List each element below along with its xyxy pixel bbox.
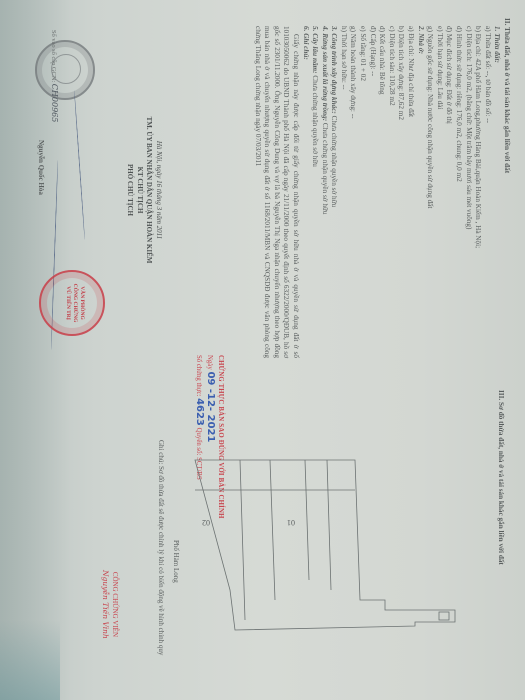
- notary-signature: CÔNG CHỨNG VIÊN Nguyễn Tiến Vinh: [100, 570, 120, 639]
- official-seal-icon: [35, 40, 95, 100]
- signer-name: Nguyễn Quốc Hòa: [37, 140, 45, 195]
- house-item: d) Kết cấu nhà: Bê tông: [377, 26, 387, 358]
- land-item: e) Thời hạn sử dụng: Lâu dài: [434, 26, 444, 358]
- parcel-label-01: 01: [287, 518, 295, 527]
- production-forest-label: 4. Rừng sản xuất là rừng trồng:: [321, 26, 329, 121]
- house-item: đ) Cấp (Hạng): --: [367, 26, 377, 358]
- house-item: g) Năm hoàn thành xây dựng: --: [348, 26, 358, 358]
- perennial-trees: 5. Cây lâu năm: Chưa chứng nhận quyền sở…: [310, 18, 320, 358]
- land-items: a) Thửa đất số: --, tờ bản đồ số: -- b) …: [425, 18, 492, 358]
- parcel-outline: [195, 460, 455, 630]
- production-forest: 4. Rừng sản xuất là rừng trồng: Chưa chứ…: [319, 18, 329, 358]
- other-construction: 3. Công trình xây dựng khác: Chưa chứng …: [329, 18, 339, 358]
- notary-name: Nguyễn Tiến Vinh: [100, 570, 110, 639]
- land-item: d) Hình thức sử dụng: riêng: 176,0 m2, c…: [453, 26, 463, 358]
- land-item: đ) Mục đích sử dụng: Đất ở đô thị: [444, 26, 454, 358]
- house-item: c) Diện tích sàn: 110,28 m2: [386, 26, 396, 358]
- parcel-label-02: 02: [202, 518, 210, 527]
- signature-stroke: [74, 90, 85, 240]
- registration-value: CH00965: [50, 84, 59, 123]
- house-item: h) Thời hạn sở hữu: --: [338, 26, 348, 358]
- section-iii-title: III. Sơ đồ thửa đất, nhà ở và tài sản kh…: [497, 390, 505, 565]
- land-parcel-diagram: 02 01: [155, 440, 485, 690]
- house-item: a) Địa chỉ: Như địa chỉ thửa đất: [405, 26, 415, 358]
- land-item: b) Địa chỉ: 42A phố Hàm Long,phường Hàng…: [473, 26, 483, 358]
- perennial-trees-value: Chưa chứng nhận quyền sở hữu: [311, 75, 319, 167]
- notary-seal-line: CÔNG CHỨNG: [71, 282, 78, 324]
- certificate-page: II. Thửa đất, nhà ở và tài sản khác gắn …: [0, 0, 525, 700]
- signature-block: Hà Nội, ngày 16 tháng 3 năm 2011 TM. ỦY …: [125, 40, 163, 340]
- house-heading: 2. Nhà ở:: [415, 18, 425, 358]
- production-forest-value: Chưa chứng nhận quyền sở hữu: [321, 123, 329, 215]
- certified-date-value: 09 -12- 2021: [205, 371, 216, 442]
- certified-book-value: 4623: [194, 398, 205, 426]
- notary-title: CÔNG CHỨNG VIÊN: [110, 570, 120, 639]
- other-construction-label: 3. Công trình xây dựng khác:: [330, 26, 338, 114]
- registration-number: Số vào sổ cấp GCN: CH00965: [50, 30, 59, 122]
- registration-label: Số vào sổ cấp GCN:: [50, 30, 57, 82]
- place-date: Hà Nội, ngày 16 tháng 3 năm 2011: [154, 40, 164, 340]
- land-item: a) Thửa đất số: --, tờ bản đồ số: --: [482, 26, 492, 358]
- signer-position: PHÓ CHỦ TỊCH: [125, 40, 135, 340]
- other-construction-value: Chưa chứng nhận quyền sở hữu: [330, 116, 338, 208]
- issuing-organization: TM. ỦY BAN NHÂN DÂN QUẬN HOÀN KIẾM: [144, 40, 154, 340]
- land-item: g) Nguồn gốc sử dụng: Nhà nước công nhận…: [425, 26, 435, 358]
- notes-heading: 6. Ghi chú:: [300, 18, 310, 358]
- section-ii-title: II. Thửa đất, nhà ở và tài sản khác gắn …: [501, 18, 511, 358]
- street-label: Phố Hàm Long: [172, 540, 180, 583]
- notes-text: Giấy chứng nhận này được cấp đổi từ giấy…: [252, 18, 300, 358]
- house-item: b) Diện tích xây dựng: 87,62 m2: [396, 26, 406, 358]
- land-item: c) Diện tích: 176,0 m2, (bằng chữ: Một t…: [463, 26, 473, 358]
- diagram-note: Ghi chú: Sơ đồ thửa đất sẽ được chỉnh lý…: [157, 440, 165, 655]
- house-items: a) Địa chỉ: Như địa chỉ thửa đất b) Diện…: [338, 18, 415, 358]
- land-heading: 1. Thửa đất:: [492, 18, 502, 358]
- notary-seal-line: VĂN PHÒNG: [78, 282, 85, 324]
- certified-date-label: Ngày: [206, 355, 213, 370]
- section-ii: II. Thửa đất, nhà ở và tài sản khác gắn …: [252, 18, 511, 358]
- perennial-trees-label: 5. Cây lâu năm:: [311, 26, 319, 74]
- house-item: e) Số tầng: 01 + 02: [358, 26, 368, 358]
- on-behalf: KT CHỦ TỊCH: [135, 40, 145, 340]
- notary-seal-icon: VĂN PHÒNG CÔNG CHỨNG VŨ TIẾN TRỊ: [39, 270, 105, 336]
- notary-seal-line: VŨ TIẾN TRỊ: [64, 282, 71, 324]
- certified-book-label: Số chứng thực:: [195, 355, 202, 396]
